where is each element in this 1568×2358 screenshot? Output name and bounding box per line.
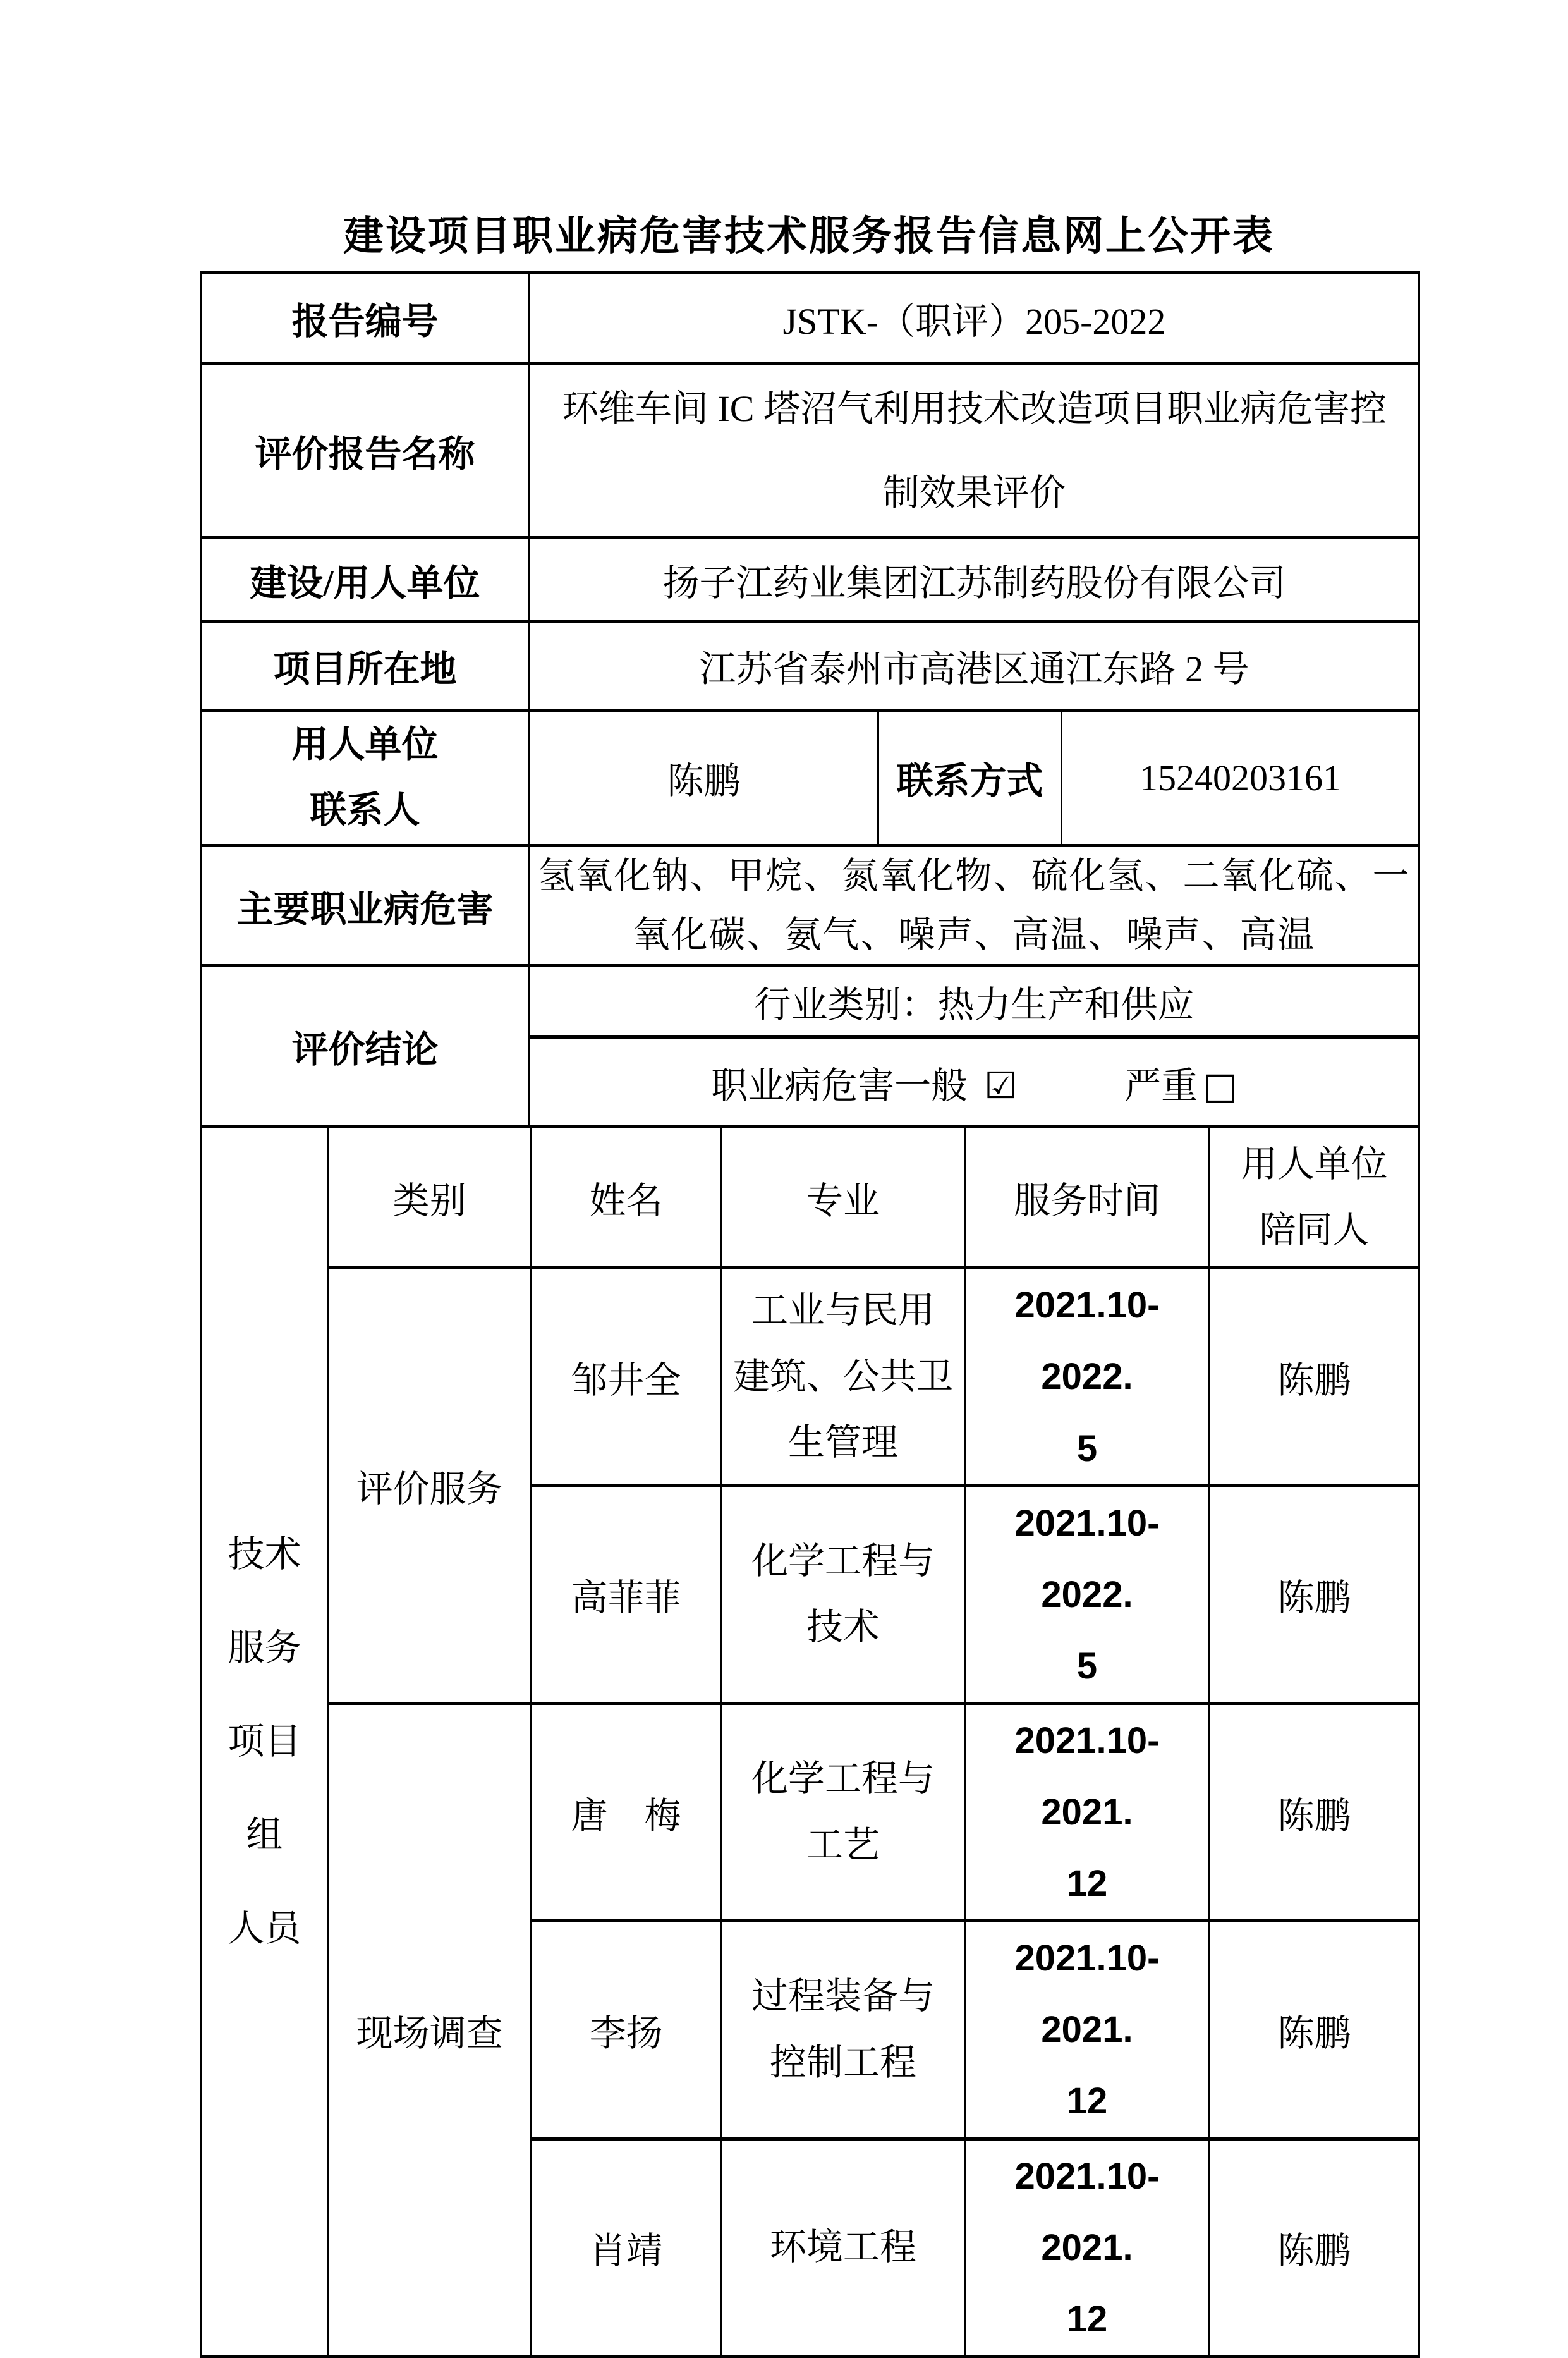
hazard-general-checkbox-checked-icon: ☑ (984, 1064, 1017, 1107)
report-number-label: 报告编号 (201, 272, 530, 364)
hazard-general-label: 职业病危害一般 (711, 1065, 968, 1106)
person-major: 环境工程 (722, 2139, 965, 2356)
document-page: { "page": { "title": "建设项目职业病危害技术服务报告信息网… (0, 0, 1568, 2218)
form-sheet: 报告编号 JSTK-（职评）205-2022 评价报告名称 环维车间 IC 塔沼… (200, 271, 1418, 2358)
location-label: 项目所在地 (201, 621, 530, 711)
personnel-group-label: 技术 服务 项目 组 人员 (201, 1127, 329, 2356)
conclusion-checkbox-cell: 职业病危害一般☑严重□ (530, 1037, 1419, 1127)
person-service-time: 2021.10-2021. 12 (965, 2139, 1210, 2356)
person-service-time: 2021.10-2022. 5 (965, 1268, 1210, 1486)
hazards-value: 氢氧化钠、甲烷、氮氧化物、硫化氢、二氧化硫、一 氧化碳、氨气、噪声、高温、噪声、… (530, 845, 1419, 966)
contact-method-value: 15240203161 (1062, 711, 1419, 846)
person-service-time: 2021.10-2022. 5 (965, 1486, 1210, 1703)
hazard-severe-checkbox-empty-icon: □ (1203, 1064, 1237, 1107)
header-companion: 用人单位 陪同人 (1210, 1127, 1419, 1268)
person-major: 工业与民用 建筑、公共卫 生管理 (722, 1268, 965, 1486)
person-service-time: 2021.10-2021. 12 (965, 1703, 1210, 1921)
hazard-severe-label: 严重 (1124, 1065, 1198, 1106)
hazards-row: 主要职业病危害 氢氧化钠、甲烷、氮氧化物、硫化氢、二氧化硫、一 氧化碳、氨气、噪… (201, 845, 1419, 966)
contact-label: 用人单位 联系人 (201, 711, 530, 846)
contact-method-label: 联系方式 (878, 711, 1062, 846)
conclusion-label: 评价结论 (201, 966, 530, 1127)
conclusion-industry-row: 评价结论 行业类别：热力生产和供应 (201, 966, 1419, 1037)
report-number-value: JSTK-（职评）205-2022 (530, 272, 1419, 364)
employer-value: 扬子江药业集团江苏制药股份有限公司 (530, 538, 1419, 621)
hazards-label: 主要职业病危害 (201, 845, 530, 966)
personnel-table: 技术 服务 项目 组 人员 类别 姓名 专业 服务时间 用人单位 陪同人 评价服… (200, 1125, 1420, 2357)
person-name: 高菲菲 (531, 1486, 722, 1703)
header-major: 专业 (722, 1127, 965, 1268)
contact-row: 用人单位 联系人 陈鹏 联系方式 15240203161 (201, 711, 1419, 846)
person-companion: 陈鹏 (1210, 1921, 1419, 2139)
person-companion: 陈鹏 (1210, 1268, 1419, 1486)
person-major: 化学工程与 工艺 (722, 1703, 965, 1921)
contact-name: 陈鹏 (530, 711, 878, 846)
header-name: 姓名 (531, 1127, 722, 1268)
person-companion: 陈鹏 (1210, 1703, 1419, 1921)
page-title: 建设项目职业病危害技术服务报告信息网上公开表 (200, 204, 1418, 262)
header-category: 类别 (329, 1127, 531, 1268)
person-name: 邹井全 (531, 1268, 722, 1486)
person-major: 化学工程与 技术 (722, 1486, 965, 1703)
conclusion-industry-value: 行业类别：热力生产和供应 (530, 966, 1419, 1037)
employer-label: 建设/用人单位 (201, 538, 530, 621)
location-value: 江苏省泰州市高港区通江东路 2 号 (530, 621, 1419, 711)
employer-row: 建设/用人单位 扬子江药业集团江苏制药股份有限公司 (201, 538, 1419, 621)
location-row: 项目所在地 江苏省泰州市高港区通江东路 2 号 (201, 621, 1419, 711)
category-site-survey: 现场调查 (329, 1703, 531, 2356)
table-row: 现场调查 唐 梅 化学工程与 工艺 2021.10-2021. 12 陈鹏 (201, 1703, 1419, 1921)
personnel-header-row: 技术 服务 项目 组 人员 类别 姓名 专业 服务时间 用人单位 陪同人 (201, 1127, 1419, 1268)
table-row: 评价服务 邹井全 工业与民用 建筑、公共卫 生管理 2021.10-2022. … (201, 1268, 1419, 1486)
person-major: 过程装备与 控制工程 (722, 1921, 965, 2139)
header-service-time: 服务时间 (965, 1127, 1210, 1268)
person-companion: 陈鹏 (1210, 1486, 1419, 1703)
report-name-label: 评价报告名称 (201, 364, 530, 538)
person-name: 肖靖 (531, 2139, 722, 2356)
report-number-row: 报告编号 JSTK-（职评）205-2022 (201, 272, 1419, 364)
info-table: 报告编号 JSTK-（职评）205-2022 评价报告名称 环维车间 IC 塔沼… (200, 271, 1420, 1128)
category-evaluation-service: 评价服务 (329, 1268, 531, 1704)
report-name-row: 评价报告名称 环维车间 IC 塔沼气利用技术改造项目职业病危害控 制效果评价 (201, 364, 1419, 538)
person-name: 唐 梅 (531, 1703, 722, 1921)
person-name: 李扬 (531, 1921, 722, 2139)
report-name-value: 环维车间 IC 塔沼气利用技术改造项目职业病危害控 制效果评价 (530, 364, 1419, 538)
person-companion: 陈鹏 (1210, 2139, 1419, 2356)
person-service-time: 2021.10-2021. 12 (965, 1921, 1210, 2139)
